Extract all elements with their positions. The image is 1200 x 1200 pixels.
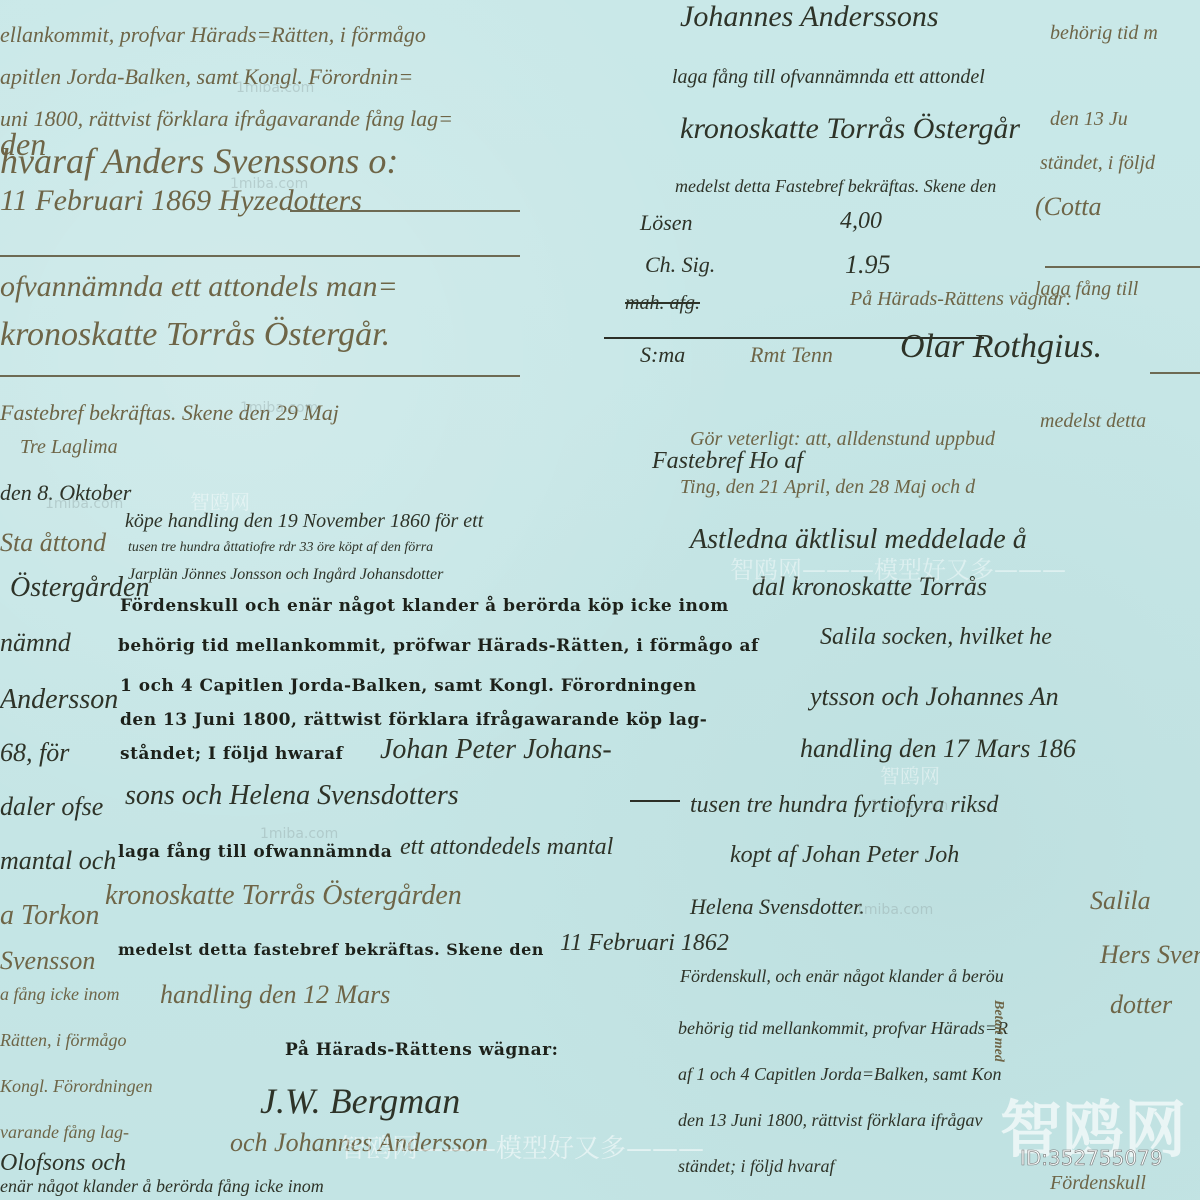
text-line: nämnd xyxy=(0,628,71,658)
text-line-handwritten: kronoskatte Torrås Östergården xyxy=(105,880,462,912)
watermark-banner: 智鸥网———模型好又多——— xyxy=(730,550,1066,585)
text-line-handwritten: kronoskatte Torrås Östergår xyxy=(680,112,1020,146)
text-line: enär något klander å berörda fång icke i… xyxy=(0,1176,324,1197)
text-line-handwritten: Hers Svens xyxy=(1100,940,1200,970)
text-line: medelst detta Fastebref bekräftas. Skene… xyxy=(675,176,996,197)
watermark-brand: 智鸥网 xyxy=(880,760,940,789)
text-line: den 13 Ju xyxy=(1050,108,1128,131)
text-line-handwritten: tusen tre hundra åttatiofre rdr 33 öre k… xyxy=(128,540,433,556)
text-line-handwritten: (Cotta xyxy=(1035,192,1101,222)
vertical-stamp: Betalt med xyxy=(990,1000,1006,1062)
section-rule xyxy=(630,800,680,802)
text-line: Olofsons och xyxy=(0,1150,126,1177)
section-rule xyxy=(1045,266,1200,268)
text-line: Fördenskull xyxy=(1050,1172,1146,1195)
text-line: Rmt Tenn xyxy=(750,342,833,368)
watermark-brand: 智鸥网 xyxy=(190,486,250,515)
text-line: Kongl. Förordningen xyxy=(0,1076,153,1097)
printed-line: den 13 Juni 1800, rättwist förklara ifrå… xyxy=(120,710,707,730)
text-line-handwritten: ytsson och Johannes An xyxy=(810,682,1059,712)
text-line: af 1 och 4 Capitlen Jorda=Balken, samt K… xyxy=(678,1064,1001,1085)
fee-value-chsig: 1.95 xyxy=(845,250,891,280)
text-line: Rätten, i förmågo xyxy=(0,1030,127,1051)
signature: Olar Rothgius. xyxy=(900,328,1102,366)
signature: J.W. Bergman xyxy=(260,1080,460,1122)
text-line-handwritten: kopt af Johan Peter Joh xyxy=(730,842,959,869)
text-line: Sta åttond xyxy=(0,528,106,558)
text-line-handwritten: Salila xyxy=(1090,886,1151,916)
printed-line: Fördenskull och enär något klander å ber… xyxy=(120,596,729,616)
printed-line: På Härads-Rättens wägnar: xyxy=(285,1040,558,1060)
text-line: behörig tid mellankommit, profvar Härads… xyxy=(678,1018,1008,1039)
text-line: mantal och xyxy=(0,846,116,876)
watermark-site: 1miba.com xyxy=(230,176,308,192)
fee-value-losen: 4,00 xyxy=(840,208,882,235)
fee-label-mah: mah. afg. xyxy=(625,292,700,315)
text-line-handwritten: tusen tre hundra fyrtiofyra riksd xyxy=(690,792,998,819)
watermark-banner: 智鸥网———模型好又多——— xyxy=(340,1128,704,1165)
text-line-handwritten: Helena Svensdotter. xyxy=(690,894,865,920)
text-line-handwritten: köpe handling den 19 November 1860 för e… xyxy=(125,510,483,533)
watermark-id: ID:352755079 xyxy=(1020,1146,1163,1170)
text-line: den 13 Juni 1800, rättvist förklara ifrå… xyxy=(678,1110,982,1131)
text-line: Fastebref Ho af xyxy=(652,448,803,475)
printed-line: laga fång till ofwannämnda xyxy=(118,842,392,862)
sum-label: S:ma xyxy=(640,342,685,368)
watermark-site: 1miba.com xyxy=(855,902,933,918)
text-line: daler ofse xyxy=(0,792,103,822)
text-line: behörig tid m xyxy=(1050,22,1158,45)
text-line-handwritten: Jarplän Jönnes Jonsson och Ingård Johans… xyxy=(128,566,443,584)
text-line: uni 1800, rättvist förklara ifrågavarand… xyxy=(0,106,453,132)
watermark-site: 1miba.com xyxy=(240,400,318,416)
fee-label-losen: Lösen xyxy=(640,210,693,236)
text-line: ofvannämnda ett attondels man= xyxy=(0,270,398,304)
printed-line: behörig tid mellankommit, pröfwar Härads… xyxy=(118,636,759,656)
text-line: Svensson xyxy=(0,946,95,976)
text-line-handwritten: sons och Helena Svensdotters xyxy=(125,780,459,812)
text-line: a Torkon xyxy=(0,900,99,932)
text-line: laga fång till ofvannämnda ett attondel xyxy=(672,66,985,89)
fee-label-chsig: Ch. Sig. xyxy=(645,252,715,278)
section-rule xyxy=(0,255,520,257)
text-line: laga fång till xyxy=(1035,278,1138,301)
text-line: ellankommit, profvar Härads=Rätten, i fö… xyxy=(0,22,426,48)
text-line: a fång icke inom xyxy=(0,984,119,1005)
text-line-handwritten: dotter xyxy=(1110,990,1172,1020)
watermark-site: 1miba.com xyxy=(260,826,338,842)
text-line: 68, för xyxy=(0,738,69,768)
signature-rule xyxy=(290,210,520,212)
printed-line: ståndet; I följd hwaraf xyxy=(120,744,343,764)
printed-line: 1 och 4 Capitlen Jorda-Balken, samt Kong… xyxy=(120,676,697,696)
text-line: medelst detta xyxy=(1040,410,1146,433)
watermark-site: 1miba.com xyxy=(45,496,123,512)
text-line-handwritten: Salila socken, hvilket he xyxy=(820,624,1052,651)
text-line: Tre Laglima xyxy=(20,436,118,459)
text-line: apitlen Jorda-Balken, samt Kongl. Förord… xyxy=(0,64,413,90)
printed-line: medelst detta fastebref bekräftas. Skene… xyxy=(118,940,544,959)
text-line: varande fång lag- xyxy=(0,1122,129,1143)
section-rule xyxy=(1150,372,1200,374)
section-rule xyxy=(0,375,520,377)
text-line-handwritten: Johannes Anderssons xyxy=(680,0,939,34)
text-line: Ting, den 21 April, den 28 Maj och d xyxy=(680,476,975,499)
watermark-site: 1miba.com xyxy=(870,798,948,814)
text-line-handwritten: handling den 12 Mars xyxy=(160,980,390,1010)
text-line-handwritten: Johan Peter Johans- xyxy=(380,734,612,766)
text-line-handwritten: 11 Februari 1862 xyxy=(560,930,729,957)
text-line: ständet, i följd xyxy=(1040,152,1155,175)
text-line-handwritten: ett attondedels mantal xyxy=(400,834,613,861)
text-line: Fördenskull, och enär något klander å be… xyxy=(680,966,1004,987)
text-line-handwritten: kronoskatte Torrås Östergår. xyxy=(0,316,390,354)
text-line: Andersson xyxy=(0,684,118,716)
watermark-site: 1miba.com xyxy=(236,80,314,96)
text-line-handwritten: hvaraf Anders Svenssons o: xyxy=(0,140,398,182)
